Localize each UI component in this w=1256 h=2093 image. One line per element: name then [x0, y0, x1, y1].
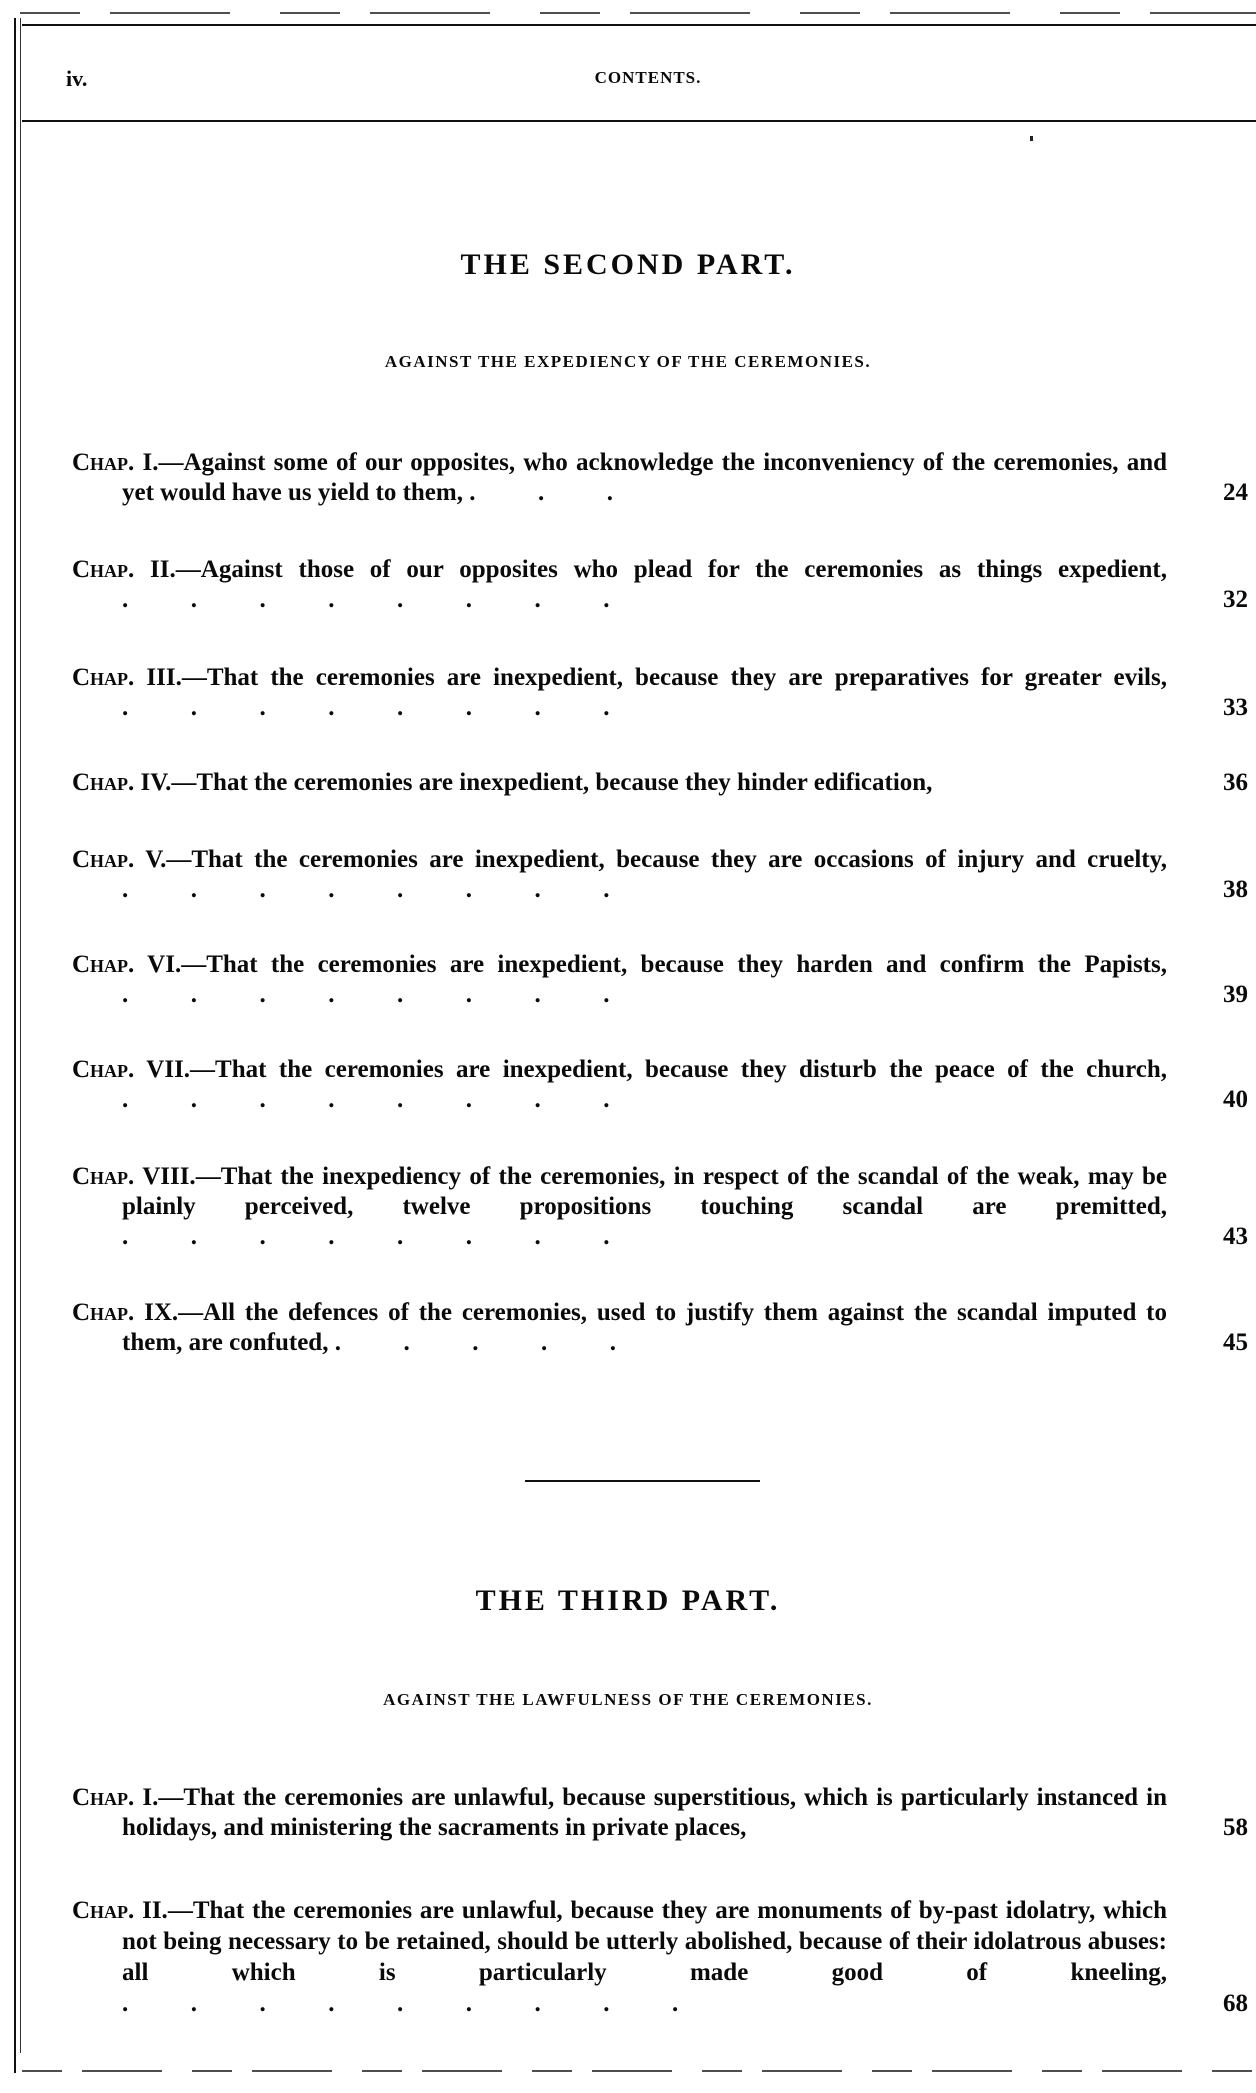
toc-entry[interactable]: Chap. IX.—All the defences of the ceremo… — [72, 1298, 1248, 1358]
chapter-page: 32 — [1188, 585, 1248, 615]
part-title: THE SECOND PART. — [0, 248, 1256, 282]
chapter-title: —That the ceremonies are unlawful, becau… — [122, 1784, 1167, 1841]
chapter-page: 68 — [1188, 1989, 1248, 2019]
dot-leaders: . . . . . . . . — [122, 1086, 610, 1113]
chapter-page: 36 — [1188, 768, 1248, 798]
dot-leaders: . . . . . . . . — [122, 586, 610, 613]
toc-entry[interactable]: Chap. V.—That the ceremonies are inexped… — [72, 845, 1248, 905]
toc-entry[interactable]: Chap. II.—That the ceremonies are unlawf… — [72, 1895, 1248, 2019]
chapter-label: Chap. I. — [72, 1784, 158, 1811]
dot-leaders: . . . . . . . . — [122, 876, 610, 903]
dot-leaders: . . . . . . . . — [122, 694, 610, 721]
header-rule-bottom — [22, 120, 1256, 122]
toc-entry[interactable]: Chap. II.—Against those of our opposites… — [72, 555, 1248, 615]
chapter-page: 45 — [1188, 1328, 1248, 1358]
chapter-page: 40 — [1188, 1085, 1248, 1115]
toc-entry[interactable]: Chap. VI.—That the ceremonies are inexpe… — [72, 950, 1248, 1010]
part-subtitle: AGAINST THE LAWFULNESS OF THE CEREMONIES… — [0, 1690, 1256, 1710]
toc-entry[interactable]: Chap. III.—That the ceremonies are inexp… — [72, 663, 1248, 723]
chapter-title: —Against those of our opposites who plea… — [176, 556, 1167, 583]
toc-entry[interactable]: Chap. VIII.—That the inexpediency of the… — [72, 1162, 1248, 1252]
section-divider — [525, 1480, 760, 1482]
part-title: THE THIRD PART. — [0, 1584, 1256, 1618]
chapter-label: Chap. IV. — [72, 769, 171, 796]
chapter-page: 39 — [1188, 980, 1248, 1010]
chapter-page: 24 — [1188, 478, 1248, 508]
running-title: CONTENTS. — [60, 68, 1236, 88]
chapter-label: Chap. VI. — [72, 951, 181, 978]
chapter-label: Chap. III. — [72, 664, 182, 691]
dot-leaders: . . . . . . . . — [122, 981, 610, 1008]
chapter-page: 38 — [1188, 875, 1248, 905]
stray-mark — [1030, 136, 1033, 141]
chapter-title: —That the ceremonies are inexpedient, be… — [166, 846, 1167, 873]
page-border-left — [14, 18, 16, 2073]
chapter-label: Chap. II. — [72, 556, 176, 583]
dot-leaders: . . . . . . . . — [122, 1223, 610, 1250]
chapter-title: —That the ceremonies are inexpedient, be… — [171, 769, 932, 796]
chapter-title: —That the ceremonies are inexpedient, be… — [181, 951, 1167, 978]
chapter-page: 58 — [1188, 1813, 1248, 1843]
toc-entry[interactable]: Chap. I.—That the ceremonies are unlawfu… — [72, 1783, 1248, 1843]
chapter-label: Chap. I. — [72, 449, 158, 476]
running-head: iv. CONTENTS. — [60, 58, 1236, 98]
dot-leaders: . . . . . . . . . — [122, 1990, 678, 2017]
chapter-label: Chap. II. — [72, 1897, 168, 1924]
chapter-title: —That the inexpediency of the ceremonies… — [122, 1163, 1167, 1220]
page-border-left-inner — [20, 18, 21, 2053]
chapter-page: 33 — [1188, 693, 1248, 723]
chapter-label: Chap. IX. — [72, 1299, 178, 1326]
chapter-title: —That the ceremonies are unlawful, becau… — [122, 1897, 1167, 1986]
toc-entry[interactable]: Chap. I.—Against some of our opposites, … — [72, 448, 1248, 508]
chapter-title: —All the defences of the ceremonies, use… — [122, 1299, 1167, 1356]
chapter-title: —That the ceremonies are inexpedient, be… — [182, 664, 1167, 691]
scan-artifact-bottom — [22, 2070, 1256, 2072]
chapter-title: —Against some of our opposites, who ackn… — [122, 449, 1167, 506]
chapter-page: 43 — [1188, 1222, 1248, 1252]
dot-leaders: . . . — [469, 479, 613, 506]
toc-entry[interactable]: Chap. IV.—That the ceremonies are inexpe… — [72, 768, 1248, 798]
scan-artifact-top — [20, 12, 1256, 14]
chapter-label: Chap. V. — [72, 846, 166, 873]
dot-leaders: . . . . . — [335, 1329, 616, 1356]
chapter-title: —That the ceremonies are inexpedient, be… — [190, 1056, 1167, 1083]
chapter-label: Chap. VII. — [72, 1056, 190, 1083]
header-rule-top — [22, 24, 1256, 26]
chapter-label: Chap. VIII. — [72, 1163, 196, 1190]
toc-entry[interactable]: Chap. VII.—That the ceremonies are inexp… — [72, 1055, 1248, 1115]
part-subtitle: AGAINST THE EXPEDIENCY OF THE CEREMONIES… — [0, 352, 1256, 372]
